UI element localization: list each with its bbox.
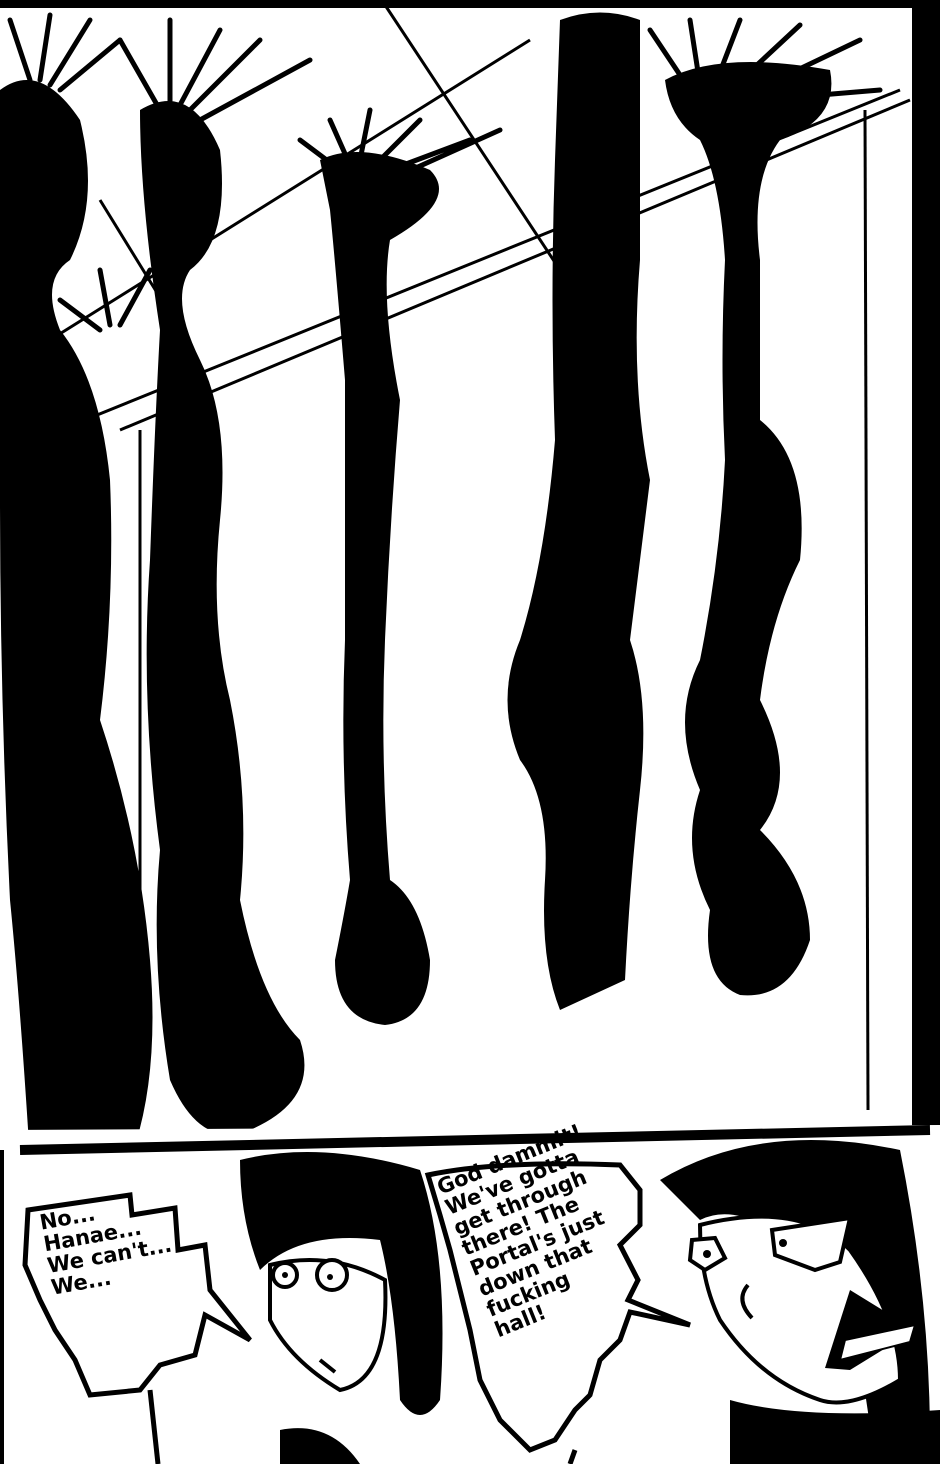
comic-page: No... Hanae... We can't... We... God dam… bbox=[0, 0, 940, 1464]
